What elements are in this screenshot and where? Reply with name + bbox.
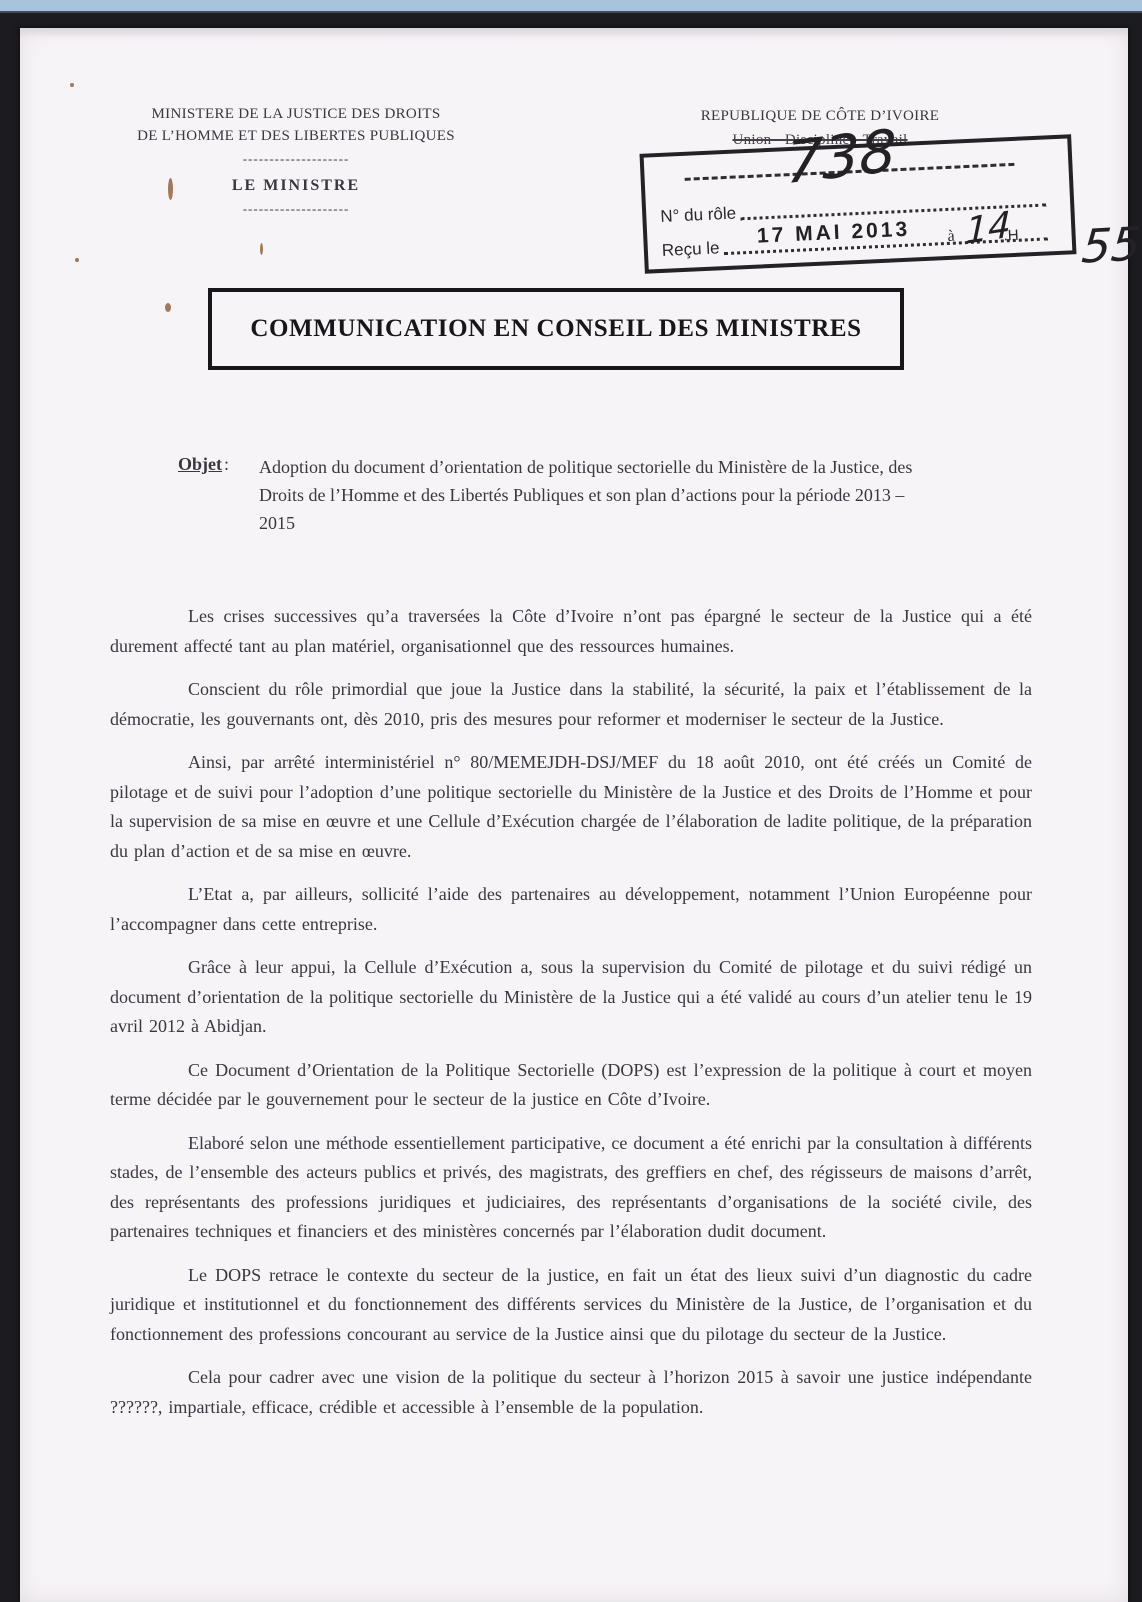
at-label: à [947, 228, 955, 246]
paragraph: Cela pour cadrer avec une vision de la p… [110, 1363, 1032, 1422]
handwritten-role-number: 738 [785, 116, 897, 197]
separator: -------------------- [116, 200, 476, 219]
paragraph: Les crises successives qu’a traversées l… [110, 602, 1032, 661]
paragraph: Le DOPS retrace le contexte du secteur d… [110, 1261, 1032, 1350]
paragraph: Grâce à leur appui, la Cellule d’Exécuti… [110, 953, 1032, 1042]
document-sheet: MINISTERE DE LA JUSTICE DES DROITS DE L’… [20, 28, 1128, 1602]
objet-block: Objet : Adoption du document d’orientati… [178, 454, 968, 538]
registry-stamp: N° du rôle 738 Reçu le 17 MAI 2013 à 14 … [640, 134, 1077, 273]
paragraph: Ce Document d’Orientation de la Politiqu… [110, 1056, 1032, 1115]
handwritten-minutes: 55 [1080, 216, 1142, 273]
ministry-line2: DE L’HOMME ET DES LIBERTES PUBLIQUES [116, 126, 476, 148]
separator: -------------------- [116, 150, 476, 169]
ministry-header: MINISTERE DE LA JUSTICE DES DROITS DE L’… [116, 104, 476, 218]
received-label: Reçu le [661, 238, 719, 261]
republic-name: REPUBLIQUE DE CÔTE D’IVOIRE [630, 108, 1010, 125]
objet-label: Objet [178, 454, 222, 538]
scan-speck [75, 258, 79, 262]
document-title: COMMUNICATION EN CONSEIL DES MINISTRES [250, 315, 861, 343]
scan-top-strip [0, 0, 1142, 13]
objet-colon: : [224, 454, 229, 538]
paragraph: Ainsi, par arrêté interministériel n° 80… [110, 748, 1032, 866]
document-body: Les crises successives qu’a traversées l… [110, 602, 1032, 1436]
paragraph: L’Etat a, par ailleurs, sollicité l’aide… [110, 880, 1032, 939]
hour-suffix: .H [1003, 227, 1019, 245]
scanned-document-page: MINISTERE DE LA JUSTICE DES DROITS DE L’… [0, 0, 1142, 1602]
minister-title: LE MINISTRE [116, 174, 476, 197]
role-label: N° du rôle [660, 204, 737, 227]
title-box: COMMUNICATION EN CONSEIL DES MINISTRES [208, 288, 904, 370]
paragraph: Conscient du rôle primordial que joue la… [110, 675, 1032, 734]
scan-speck [260, 243, 263, 255]
scan-speck [165, 303, 171, 312]
ministry-line1: MINISTERE DE LA JUSTICE DES DROITS [116, 104, 476, 126]
scan-speck [70, 83, 74, 87]
date-stamp: 17 MAI 2013 [756, 218, 910, 249]
paragraph: Elaboré selon une méthode essentiellemen… [110, 1129, 1032, 1247]
objet-text: Adoption du document d’orientation de po… [259, 454, 919, 538]
